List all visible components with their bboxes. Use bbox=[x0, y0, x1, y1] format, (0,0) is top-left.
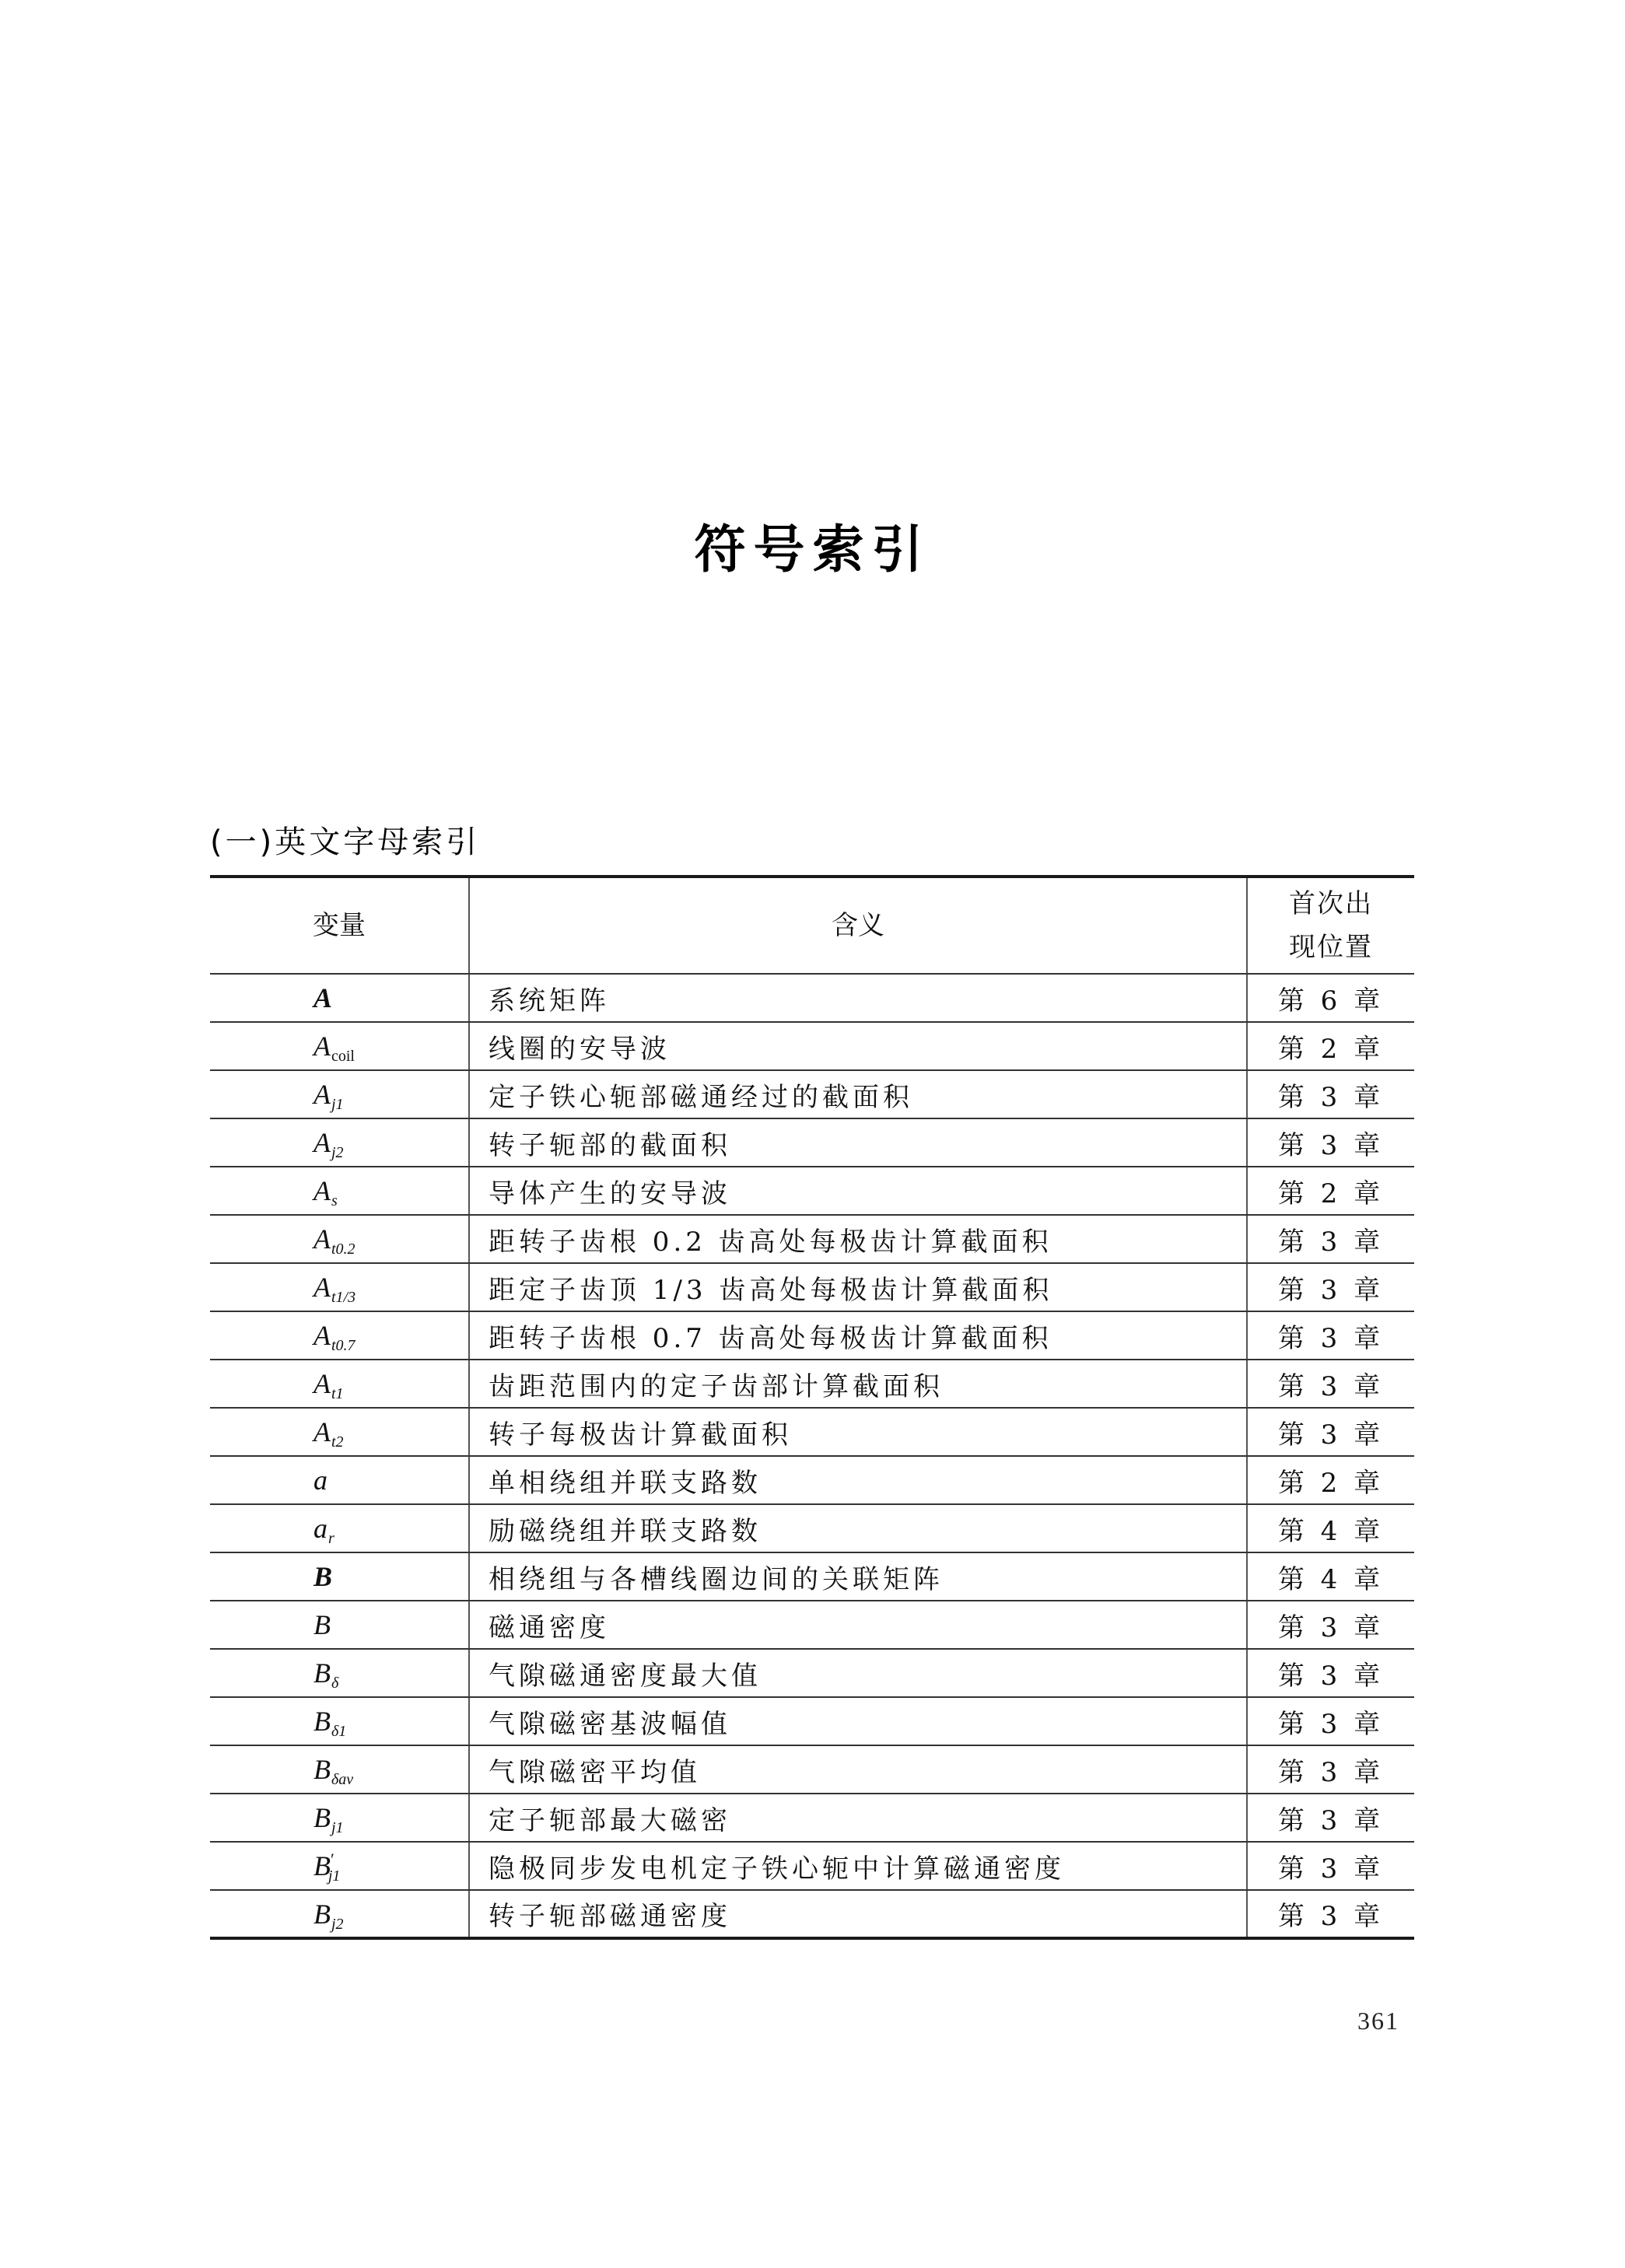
symbol-base: A bbox=[313, 1175, 331, 1206]
chapter-cell: 第 3 章 bbox=[1247, 1697, 1414, 1745]
chapter-cell: 第 4 章 bbox=[1247, 1552, 1414, 1601]
table-row: a单相绕组并联支路数第 2 章 bbox=[210, 1456, 1414, 1504]
meaning-cell: 齿距范围内的定子齿部计算截面积 bbox=[469, 1360, 1247, 1408]
variable-cell: B′j1 bbox=[210, 1842, 469, 1890]
chapter-cell: 第 2 章 bbox=[1247, 1167, 1414, 1215]
meaning-cell: 距定子齿顶 1/3 齿高处每极齿计算截面积 bbox=[469, 1263, 1247, 1311]
table-row: A系统矩阵第 6 章 bbox=[210, 974, 1414, 1022]
variable-symbol: Bj1 bbox=[313, 1801, 365, 1834]
chapter-cell: 第 3 章 bbox=[1247, 1601, 1414, 1649]
symbol-base: a bbox=[313, 1513, 327, 1544]
symbol-base: A bbox=[313, 1127, 331, 1158]
variable-symbol: B′j1 bbox=[313, 1850, 365, 1882]
meaning-cell: 距转子齿根 0.7 齿高处每极齿计算截面积 bbox=[469, 1311, 1247, 1360]
chapter-cell: 第 2 章 bbox=[1247, 1022, 1414, 1070]
variable-symbol: At2 bbox=[313, 1416, 365, 1448]
meaning-cell: 定子轭部最大磁密 bbox=[469, 1794, 1247, 1842]
variable-symbol: At1/3 bbox=[313, 1271, 365, 1304]
meaning-cell: 励磁绕组并联支路数 bbox=[469, 1504, 1247, 1552]
chapter-cell: 第 3 章 bbox=[1247, 1794, 1414, 1842]
chapter-cell: 第 3 章 bbox=[1247, 1263, 1414, 1311]
table-row: Bδav气隙磁密平均值第 3 章 bbox=[210, 1745, 1414, 1794]
table-row: B′j1隐极同步发电机定子铁心轭中计算磁通密度第 3 章 bbox=[210, 1842, 1414, 1890]
symbol-subscript: j1 bbox=[328, 1867, 341, 1885]
variable-cell: Acoil bbox=[210, 1022, 469, 1070]
variable-symbol: Aj1 bbox=[313, 1078, 365, 1111]
meaning-cell: 隐极同步发电机定子铁心轭中计算磁通密度 bbox=[469, 1842, 1247, 1890]
meaning-cell: 系统矩阵 bbox=[469, 974, 1247, 1022]
chapter-cell: 第 3 章 bbox=[1247, 1311, 1414, 1360]
chapter-cell: 第 4 章 bbox=[1247, 1504, 1414, 1552]
variable-symbol: Bδ bbox=[313, 1657, 365, 1689]
variable-symbol: At1 bbox=[313, 1367, 365, 1400]
table-row: At1齿距范围内的定子齿部计算截面积第 3 章 bbox=[210, 1360, 1414, 1408]
symbol-subscript: j1 bbox=[331, 1096, 344, 1113]
table-row: B磁通密度第 3 章 bbox=[210, 1601, 1414, 1649]
table-row: Aj1定子铁心轭部磁通经过的截面积第 3 章 bbox=[210, 1070, 1414, 1118]
variable-cell: At1/3 bbox=[210, 1263, 469, 1311]
chapter-cell: 第 3 章 bbox=[1247, 1360, 1414, 1408]
variable-symbol: B bbox=[313, 1608, 365, 1641]
variable-cell: At0.7 bbox=[210, 1311, 469, 1360]
table-header-row: 变量 含义 首次出 现位置 bbox=[210, 877, 1414, 974]
table-row: At2转子每极齿计算截面积第 3 章 bbox=[210, 1408, 1414, 1456]
table-row: Bj2转子轭部磁通密度第 3 章 bbox=[210, 1890, 1414, 1938]
symbol-base: A bbox=[313, 1416, 331, 1447]
symbol-base: A bbox=[313, 1079, 331, 1110]
symbol-subscript: t0.2 bbox=[331, 1241, 355, 1258]
meaning-cell: 转子轭部磁通密度 bbox=[469, 1890, 1247, 1938]
symbol-base: A bbox=[313, 1320, 331, 1351]
symbol-base: A bbox=[313, 982, 332, 1013]
variable-cell: A bbox=[210, 974, 469, 1022]
symbol-base: B bbox=[313, 1609, 331, 1640]
symbol-subscript: s bbox=[331, 1192, 338, 1209]
symbol-base: A bbox=[313, 1223, 331, 1255]
variable-symbol: ar bbox=[313, 1512, 365, 1545]
variable-symbol: a bbox=[313, 1464, 365, 1496]
chapter-cell: 第 3 章 bbox=[1247, 1890, 1414, 1938]
page-title: 符号索引 bbox=[0, 518, 1625, 580]
symbol-subscript: coil bbox=[331, 1048, 355, 1065]
symbol-subscript: t1/3 bbox=[331, 1289, 355, 1306]
variable-symbol: Bj2 bbox=[313, 1898, 365, 1930]
variable-symbol: Bδav bbox=[313, 1753, 365, 1786]
chapter-cell: 第 6 章 bbox=[1247, 974, 1414, 1022]
table-body: A系统矩阵第 6 章Acoil线圈的安导波第 2 章Aj1定子铁心轭部磁通经过的… bbox=[210, 974, 1414, 1938]
meaning-cell: 定子铁心轭部磁通经过的截面积 bbox=[469, 1070, 1247, 1118]
symbol-prime: ′ bbox=[331, 1850, 334, 1869]
symbol-base: B bbox=[313, 1754, 331, 1785]
meaning-cell: 转子轭部的截面积 bbox=[469, 1118, 1247, 1167]
meaning-cell: 气隙磁通密度最大值 bbox=[469, 1649, 1247, 1697]
table-row: Acoil线圈的安导波第 2 章 bbox=[210, 1022, 1414, 1070]
variable-cell: As bbox=[210, 1167, 469, 1215]
symbol-base: A bbox=[313, 1031, 331, 1062]
symbol-base: B bbox=[313, 1899, 331, 1930]
header-first-appearance-line1: 首次出 bbox=[1248, 882, 1414, 926]
symbol-subscript: δ bbox=[331, 1675, 338, 1692]
symbol-subscript: t1 bbox=[331, 1385, 344, 1402]
symbol-base: B bbox=[313, 1706, 331, 1737]
variable-cell: B bbox=[210, 1601, 469, 1649]
meaning-cell: 气隙磁密平均值 bbox=[469, 1745, 1247, 1794]
meaning-cell: 单相绕组并联支路数 bbox=[469, 1456, 1247, 1504]
symbol-subscript: δav bbox=[331, 1771, 353, 1788]
header-first-appearance-line2: 现位置 bbox=[1248, 926, 1414, 969]
variable-cell: Bδ bbox=[210, 1649, 469, 1697]
variable-cell: Aj1 bbox=[210, 1070, 469, 1118]
header-variable: 变量 bbox=[210, 877, 469, 974]
variable-cell: B bbox=[210, 1552, 469, 1601]
meaning-cell: 转子每极齿计算截面积 bbox=[469, 1408, 1247, 1456]
table-row: Aj2转子轭部的截面积第 3 章 bbox=[210, 1118, 1414, 1167]
chapter-cell: 第 3 章 bbox=[1247, 1842, 1414, 1890]
chapter-cell: 第 3 章 bbox=[1247, 1215, 1414, 1263]
chapter-cell: 第 3 章 bbox=[1247, 1745, 1414, 1794]
header-first-appearance: 首次出 现位置 bbox=[1247, 877, 1414, 974]
chapter-cell: 第 3 章 bbox=[1247, 1408, 1414, 1456]
variable-symbol: B bbox=[313, 1560, 365, 1593]
variable-symbol: A bbox=[313, 982, 365, 1014]
variable-symbol: At0.2 bbox=[313, 1223, 365, 1255]
variable-cell: Bδ1 bbox=[210, 1697, 469, 1745]
variable-cell: At0.2 bbox=[210, 1215, 469, 1263]
symbol-index-table: 变量 含义 首次出 现位置 A系统矩阵第 6 章Acoil线圈的安导波第 2 章… bbox=[210, 875, 1414, 1940]
table-row: Bδ气隙磁通密度最大值第 3 章 bbox=[210, 1649, 1414, 1697]
symbol-subscript: j2 bbox=[331, 1144, 344, 1161]
page-number: 361 bbox=[1357, 2007, 1399, 2035]
variable-cell: a bbox=[210, 1456, 469, 1504]
meaning-cell: 相绕组与各槽线圈边间的关联矩阵 bbox=[469, 1552, 1247, 1601]
symbol-subscript: t0.7 bbox=[331, 1337, 355, 1354]
meaning-cell: 磁通密度 bbox=[469, 1601, 1247, 1649]
symbol-base: A bbox=[313, 1272, 331, 1303]
symbol-subscript: t2 bbox=[331, 1433, 344, 1451]
symbol-base: A bbox=[313, 1368, 331, 1399]
header-meaning: 含义 bbox=[469, 877, 1247, 974]
table-row: At1/3距定子齿顶 1/3 齿高处每极齿计算截面积第 3 章 bbox=[210, 1263, 1414, 1311]
symbol-base: B bbox=[313, 1561, 332, 1592]
variable-cell: At2 bbox=[210, 1408, 469, 1456]
symbol-base: B bbox=[313, 1657, 331, 1689]
table-row: At0.2距转子齿根 0.2 齿高处每极齿计算截面积第 3 章 bbox=[210, 1215, 1414, 1263]
symbol-subscript: j2 bbox=[331, 1916, 344, 1933]
variable-cell: ar bbox=[210, 1504, 469, 1552]
chapter-cell: 第 3 章 bbox=[1247, 1070, 1414, 1118]
variable-cell: Aj2 bbox=[210, 1118, 469, 1167]
table-row: Bj1定子轭部最大磁密第 3 章 bbox=[210, 1794, 1414, 1842]
meaning-cell: 线圈的安导波 bbox=[469, 1022, 1247, 1070]
symbol-subscript: j1 bbox=[331, 1819, 344, 1836]
chapter-cell: 第 2 章 bbox=[1247, 1456, 1414, 1504]
symbol-base: B bbox=[313, 1802, 331, 1833]
variable-cell: Bj1 bbox=[210, 1794, 469, 1842]
meaning-cell: 距转子齿根 0.2 齿高处每极齿计算截面积 bbox=[469, 1215, 1247, 1263]
section-heading: (一)英文字母索引 bbox=[210, 821, 480, 864]
symbol-subscript: δ1 bbox=[331, 1723, 346, 1740]
variable-symbol: Bδ1 bbox=[313, 1705, 365, 1738]
table-row: B相绕组与各槽线圈边间的关联矩阵第 4 章 bbox=[210, 1552, 1414, 1601]
table-row: ar励磁绕组并联支路数第 4 章 bbox=[210, 1504, 1414, 1552]
table-row: As导体产生的安导波第 2 章 bbox=[210, 1167, 1414, 1215]
symbol-subscript: r bbox=[328, 1530, 334, 1547]
table-row: Bδ1气隙磁密基波幅值第 3 章 bbox=[210, 1697, 1414, 1745]
variable-cell: Bδav bbox=[210, 1745, 469, 1794]
variable-symbol: Aj2 bbox=[313, 1126, 365, 1159]
variable-cell: At1 bbox=[210, 1360, 469, 1408]
variable-symbol: Acoil bbox=[313, 1030, 365, 1062]
table-row: At0.7距转子齿根 0.7 齿高处每极齿计算截面积第 3 章 bbox=[210, 1311, 1414, 1360]
variable-symbol: As bbox=[313, 1174, 365, 1207]
chapter-cell: 第 3 章 bbox=[1247, 1649, 1414, 1697]
variable-symbol: At0.7 bbox=[313, 1319, 365, 1352]
meaning-cell: 导体产生的安导波 bbox=[469, 1167, 1247, 1215]
symbol-base: a bbox=[313, 1465, 327, 1496]
meaning-cell: 气隙磁密基波幅值 bbox=[469, 1697, 1247, 1745]
variable-cell: Bj2 bbox=[210, 1890, 469, 1938]
chapter-cell: 第 3 章 bbox=[1247, 1118, 1414, 1167]
